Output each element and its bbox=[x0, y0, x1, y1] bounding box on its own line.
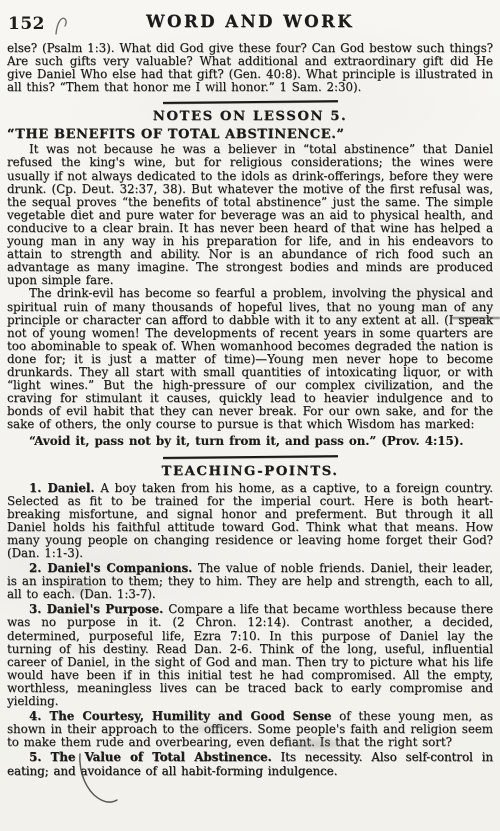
point-2-lead: 2. Daniel's Companions. bbox=[29, 561, 192, 575]
separator-rule-1 bbox=[162, 100, 337, 104]
teaching-point-3: 3. Daniel's Purpose. Compare a life that… bbox=[7, 603, 493, 708]
separator-rule-2 bbox=[162, 455, 337, 459]
notes-paragraph-2: The drink-evil has become so fearful a p… bbox=[7, 287, 493, 431]
notes-paragraph-1: It was not because he was a believer in … bbox=[7, 143, 493, 287]
point-3-body: Compare a life that became worthless bec… bbox=[7, 602, 493, 708]
point-3-lead: 3. Daniel's Purpose. bbox=[29, 602, 163, 616]
teaching-point-5: 5. The Value of Total Abstinence. Its ne… bbox=[7, 751, 493, 777]
masthead-title: WORD AND WORK bbox=[7, 12, 493, 31]
page-number: 152 bbox=[8, 14, 45, 34]
continuation-paragraph: else? (Psalm 1:3). What did God give the… bbox=[7, 42, 493, 94]
teaching-points-heading: TEACHING-POINTS. bbox=[7, 464, 493, 479]
point-5-lead: 5. The Value of Total Abstinence. bbox=[29, 750, 272, 764]
teaching-point-4: 4. The Courtesy, Humility and Good Sense… bbox=[7, 710, 493, 749]
teaching-point-1: 1. Daniel. A boy taken from his home, as… bbox=[7, 482, 493, 561]
teaching-point-2: 2. Daniel's Companions. The value of nob… bbox=[7, 562, 493, 601]
point-1-lead: 1. Daniel. bbox=[29, 481, 95, 495]
notes-heading: NOTES ON LESSON 5. bbox=[7, 109, 493, 124]
scanned-page: 152 WORD AND WORK else? (Psalm 1:3). Wha… bbox=[0, 0, 500, 831]
point-4-lead: 4. The Courtesy, Humility and Good Sense bbox=[29, 709, 331, 723]
lesson-subtitle: “THE BENEFITS OF TOTAL ABSTINENCE.” bbox=[7, 127, 493, 142]
proverbs-quote: “Avoid it, pass not by it, turn from it,… bbox=[7, 435, 493, 448]
page-header: 152 WORD AND WORK bbox=[7, 12, 493, 34]
